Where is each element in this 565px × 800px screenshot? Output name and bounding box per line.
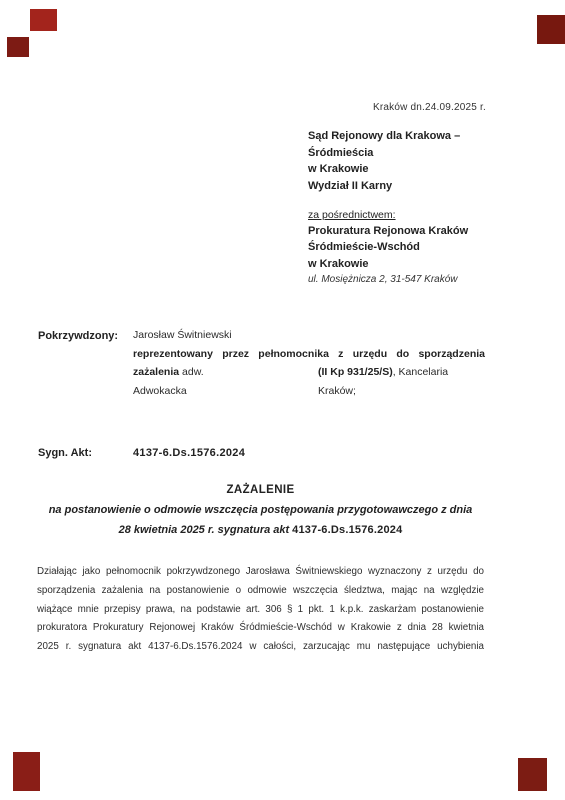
redaction-stamp-bottom-right — [518, 758, 547, 791]
scanned-legal-document-page: Kraków dn.24.09.2025 r. Sąd Rejonowy dla… — [0, 0, 565, 800]
document-subtitle-line1: na postanowienie o odmowie wszczęcia pos… — [37, 504, 484, 516]
redaction-stamp-bottom-left — [13, 752, 40, 791]
prosecutor-line: Prokuratura Rejonowa Kraków — [308, 223, 468, 239]
redaction-stamp-top-left-2 — [7, 37, 29, 57]
court-line: Śródmieścia — [308, 145, 460, 162]
document-title: ZAŻALENIE — [37, 484, 484, 496]
court-line: Sąd Rejonowy dla Krakowa – — [308, 128, 460, 145]
prosecutor-address: ul. Mosiężnicza 2, 31-547 Kraków — [308, 272, 468, 288]
court-line: Wydział II Karny — [308, 178, 460, 195]
body-line: prokuratora Prokuratury Rejonowej Kraków… — [37, 619, 484, 638]
body-paragraph: Działając jako pełnomocnik pokrzywdzoneg… — [37, 563, 484, 657]
body-line: 2025 r. sygnatura akt 4137-6.Ds.1576.202… — [37, 638, 484, 657]
law-office-word: Adwokacka — [133, 385, 187, 397]
victim-name: Jarosław Świtniewski — [133, 326, 485, 345]
subtitle-date-part: 28 kwietnia 2025 r. sygnatura akt — [119, 524, 290, 536]
representation-line-2: zażalenia adw. (II Kp 931/25/S), Kancela… — [133, 363, 485, 382]
case-ref-label: Sygn. Akt: — [38, 447, 92, 459]
law-office-city: Kraków; — [318, 382, 356, 401]
representation-word: zażalenia — [133, 366, 179, 378]
document-subtitle-line2: 28 kwietnia 2025 r. sygnatura akt4137-6.… — [37, 524, 484, 536]
recipient-court-block: Sąd Rejonowy dla Krakowa – Śródmieścia w… — [308, 128, 460, 194]
body-line: Działając jako pełnomocnik pokrzywdzoneg… — [37, 563, 484, 582]
law-office-line: Adwokacka Kraków; — [133, 382, 485, 401]
redaction-stamp-top-left-1 — [30, 9, 57, 31]
prosecutor-line: w Krakowie — [308, 256, 468, 272]
body-line: wiążące mnie przepisy prawa, na podstawi… — [37, 601, 484, 620]
prosecutor-line: Śródmieście-Wschód — [308, 239, 468, 255]
subtitle-case-number: 4137-6.Ds.1576.2024 — [292, 524, 402, 536]
redaction-stamp-top-right — [537, 15, 565, 44]
via-prosecutor-block: za pośrednictwem: Prokuratura Rejonowa K… — [308, 207, 468, 288]
victim-block: Jarosław Świtniewski reprezentowany prze… — [133, 326, 485, 400]
court-line: w Krakowie — [308, 161, 460, 178]
via-label: za pośrednictwem: — [308, 207, 468, 223]
case-ref-number: 4137-6.Ds.1576.2024 — [133, 447, 245, 459]
case-ref-inline: (II Kp 931/25/S), Kancelaria — [318, 363, 448, 382]
victim-label: Pokrzywdzony: — [38, 330, 118, 342]
body-line: sporządzenia zażalenia na postanowienie … — [37, 582, 484, 601]
attorney-abbrev: adw. — [179, 366, 204, 378]
date-line: Kraków dn.24.09.2025 r. — [373, 102, 486, 113]
representation-line: reprezentowany przez pełnomocnika z urzę… — [133, 345, 485, 364]
